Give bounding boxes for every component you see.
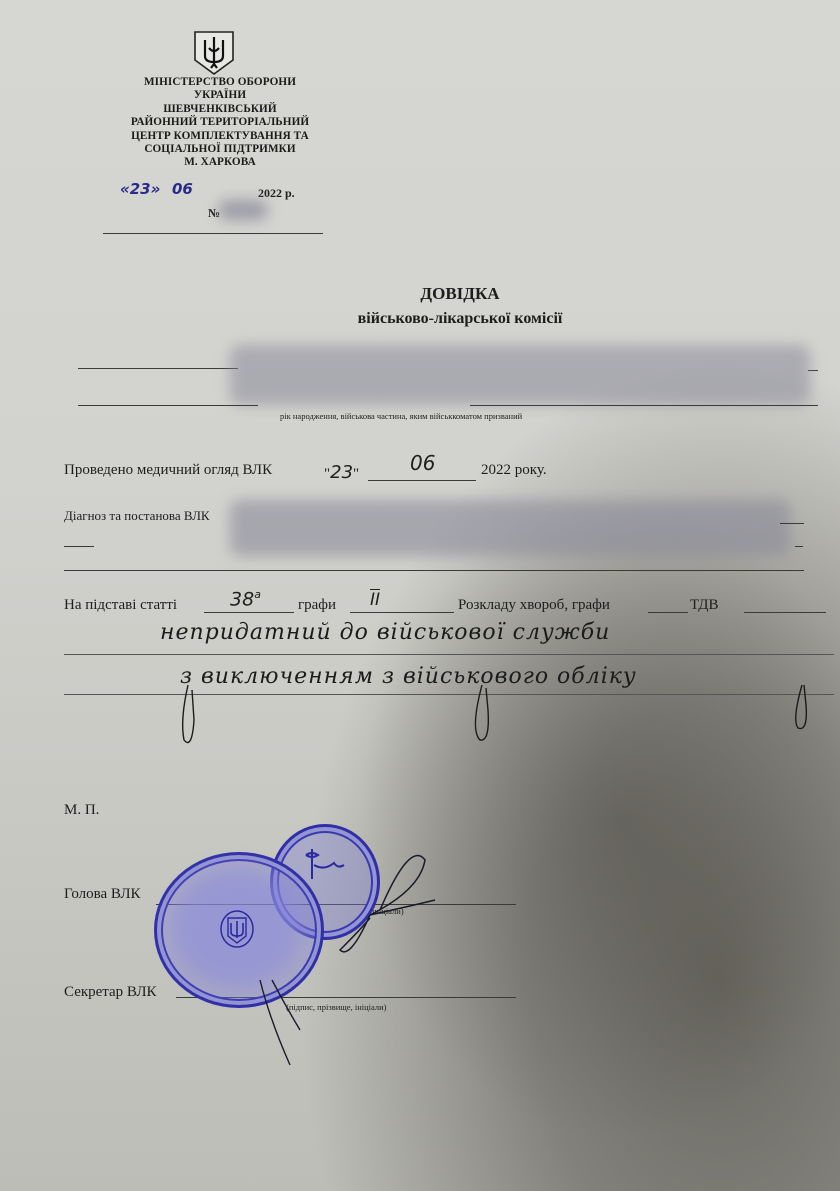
document-subtitle: військово-лікарської комісії [0, 310, 840, 328]
secretary-role-label: Секретар ВЛК [64, 984, 157, 1001]
number-underline [103, 233, 323, 234]
header-line: РАЙОННИЙ ТЕРИТОРІАЛЬНИЙ [100, 116, 340, 129]
person-line-2 [78, 405, 258, 406]
header-line: МІНІСТЕРСТВО ОБОРОНИ [100, 76, 340, 89]
header-line: СОЦІАЛЬНОЇ ПІДТРИМКИ [100, 143, 340, 156]
stamp-place-label: М. П. [64, 802, 99, 819]
redacted-person-name [230, 345, 810, 405]
issuer-header: МІНІСТЕРСТВО ОБОРОНИ УКРАЇНИ ШЕВЧЕНКІВСЬ… [100, 76, 340, 170]
tdv-underline [744, 612, 826, 613]
person-caption: рік народження, військова частина, яким … [280, 411, 522, 421]
header-date-day: «23» [120, 180, 160, 199]
chair-role-label: Голова ВЛК [64, 886, 141, 903]
article-label: На підставі статті [64, 597, 177, 614]
conclusion-line-1: непридатний до військової служби [160, 620, 610, 645]
person-line-2-right [470, 405, 818, 406]
trident-coat-of-arms-icon [193, 30, 235, 76]
tdv-label: ТДВ [690, 597, 718, 614]
exam-day-quotes: "23" [324, 462, 359, 483]
header-date-month: 06 [172, 180, 193, 198]
document-title: ДОВІДКА [0, 284, 840, 304]
header-line: ШЕВЧЕНКІВСЬКИЙ [100, 103, 340, 116]
person-line-1 [78, 368, 238, 369]
schedule-underline [648, 612, 688, 613]
schedule-label: Розкладу хвороб, графи [458, 597, 610, 614]
exam-month: 06 [410, 451, 435, 475]
document-page: МІНІСТЕРСТВО ОБОРОНИ УКРАЇНИ ШЕВЧЕНКІВСЬ… [0, 0, 840, 1191]
column-underline [350, 612, 454, 613]
diagnosis-line-2-start [64, 546, 94, 547]
redacted-number [218, 200, 268, 220]
exam-month-underline [368, 480, 476, 481]
header-date-year: 2022 р. [258, 186, 295, 201]
diagnosis-line-3 [64, 570, 804, 571]
column-label: графи [298, 597, 336, 614]
exam-label: Проведено медичний огляд ВЛК [64, 462, 272, 479]
handwriting-descenders [170, 680, 840, 760]
article-value: 38а [230, 588, 261, 610]
exam-day: 23 [330, 462, 353, 483]
redacted-diagnosis [230, 500, 790, 556]
header-line: М. ХАРКОВА [100, 156, 340, 169]
chair-signature-scrawl [240, 830, 460, 1070]
diagnosis-line-2-end [795, 546, 803, 547]
header-line: ЦЕНТР КОМПЛЕКТУВАННЯ ТА [100, 130, 340, 143]
article-underline [204, 612, 294, 613]
diagnosis-line-1-end [780, 523, 804, 524]
conclusion-rule-1 [64, 654, 834, 655]
diagnosis-label: Діагноз та постанова ВЛК [64, 508, 210, 524]
exam-year: 2022 року. [481, 462, 547, 479]
header-line: УКРАЇНИ [100, 89, 340, 102]
column-value: ІІ [370, 590, 380, 610]
